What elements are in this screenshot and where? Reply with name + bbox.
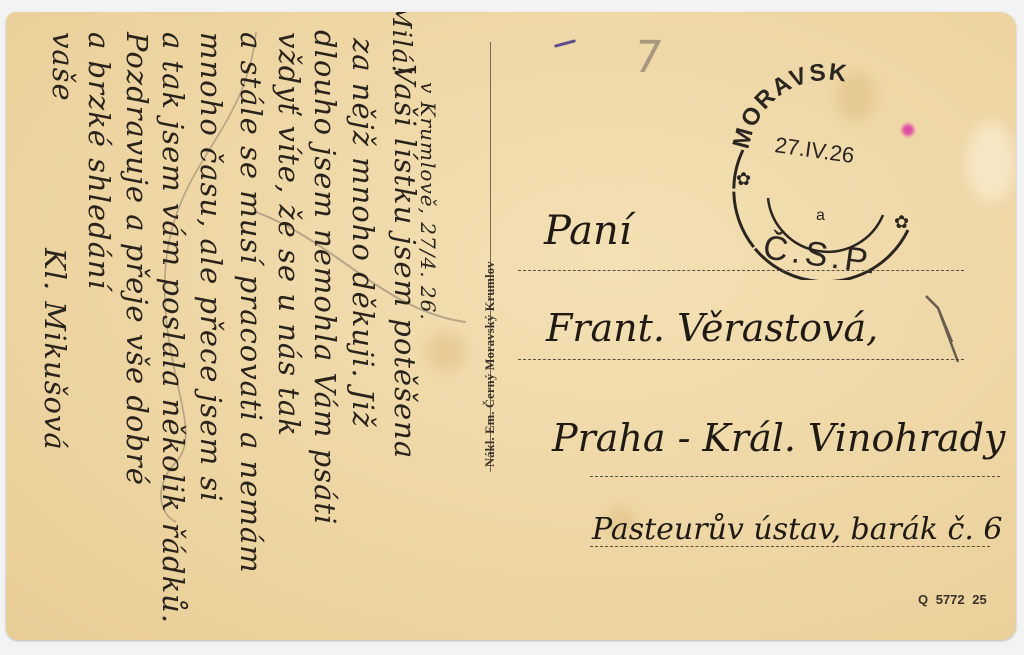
message-line: vždyť víte, že se u nás tak [272,32,306,437]
pencil-check-mark [924,292,964,364]
address-rule [518,359,964,360]
pencil-annotation: 7 [630,32,665,83]
ink-mark [554,39,576,48]
postmark-star-icon: ✿ [736,169,751,189]
message-line: dlouho jsem nemohla Vám psáti [308,30,342,525]
address-rule [590,476,1000,477]
address-city: Praha - Král. Vinohrady [552,416,1005,460]
age-stain [426,332,466,372]
address-recipient: Frant. Věrastová, [546,306,878,350]
address-rule [518,270,964,271]
message-line: a brzké shledání [82,32,116,290]
postmark-letter: a [816,207,825,224]
postmark-star-icon: ✿ [894,212,909,232]
worn-patch [966,122,1016,202]
message-line: za nějž mnoho děkuji. Již [346,38,380,428]
postmark: MORAVSK 27.IV.26 a Č.S.P. ✿ ✿ [708,40,948,280]
postmark-country: Č.S.P. [761,228,883,280]
postcard-back: v Krumlově, 27/4. 26. Milá! Vaši lístku … [6,12,1016,640]
message-line: vaše [46,32,80,102]
message-line: Vaši lístku jsem potěšena [388,64,422,459]
address-salutation: Paní [544,208,632,254]
message-line: a tak jsem vám poslala několik řádků. [156,32,190,624]
address-street: Pasteurův ústav, barák č. 6 [592,512,1003,547]
message-line: mnoho času, ale přece jsem si [194,32,228,503]
message-signature: Kl. Mikušová [38,248,72,451]
address-rule [590,546,990,547]
message-line: Pozdravuje a přeje vše dobré [120,32,154,486]
serial-number: Q 5772 25 [918,592,987,607]
postmark-date: 27.IV.26 [773,132,856,168]
publisher-imprint: Nákl. Em. Černý Moravský Krumlov [483,261,498,467]
message-line: a stále se musí pracovati a nemám [234,32,268,574]
